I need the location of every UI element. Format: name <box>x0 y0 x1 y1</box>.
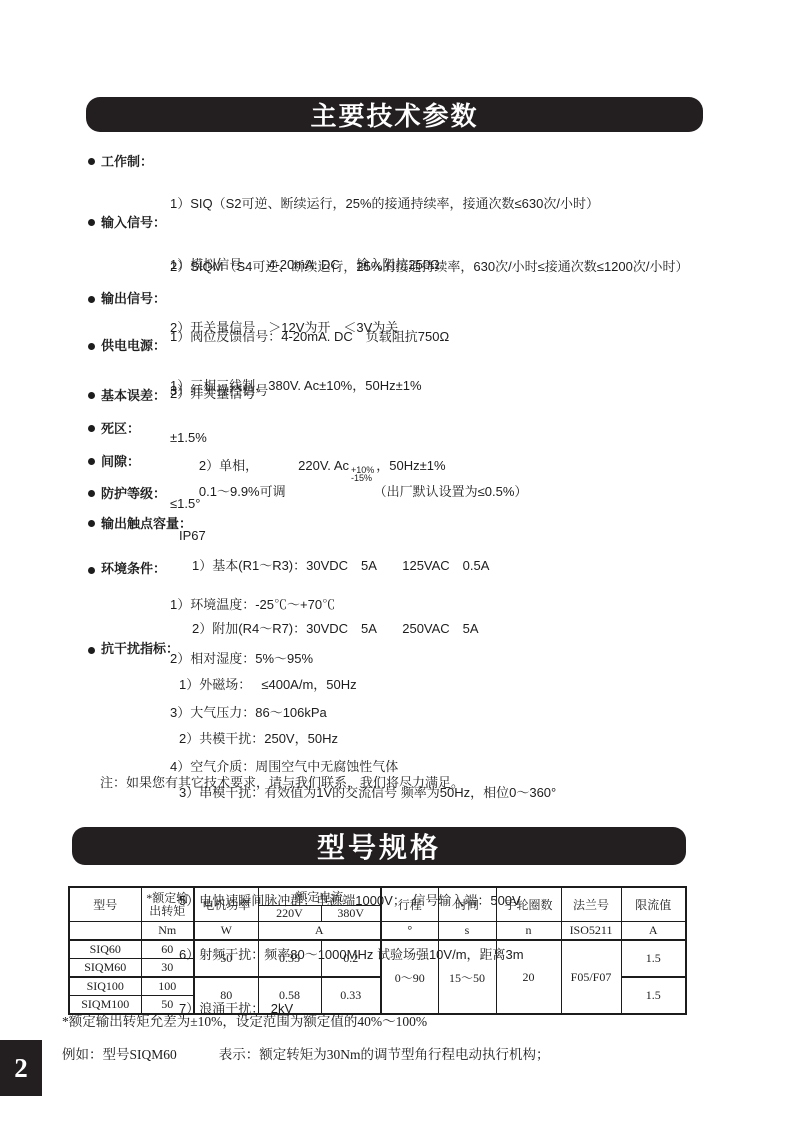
unit-model-empty <box>69 922 141 941</box>
cell-current-380: 0.33 <box>321 977 381 1014</box>
bullet-icon <box>88 567 95 574</box>
example-footnote: 例如：型号SIQM60表示：额定转矩为30Nm的调节型角行程电动执行机构； <box>62 1043 550 1063</box>
col-header-model: 型号 <box>69 887 141 922</box>
spec-line: 1）模拟信号 4-20mA. DC 输入阻抗250Ω <box>170 254 440 275</box>
spec-line: 1）SIQ（S2可逆、断续运行，25%的接通持续率，接通次数≤630次/小时） <box>170 193 688 214</box>
unit-limit: A <box>621 922 686 941</box>
page-number: 2 <box>14 1053 28 1084</box>
spec-line: 2）共模干扰：250V，50Hz <box>179 730 556 748</box>
model-spec-table: 型号 *额定输 出转矩 电机功率 额定电流 行程 时间 手轮圈数 法兰号 限流值… <box>68 886 687 1015</box>
unit-current: A <box>258 922 381 941</box>
col-header-motor-power: 电机功率 <box>194 887 258 922</box>
bullet-icon <box>88 490 95 497</box>
bullet-icon <box>88 392 95 399</box>
cell-handwheel: 20 <box>496 940 561 1014</box>
model-title: 型号规格 <box>317 826 441 866</box>
col-header-current-limit: 限流值 <box>621 887 686 922</box>
document-page: 主要技术参数 工作制： 1）SIQ（S2可逆、断续运行，25%的接通持续率，接通… <box>0 0 794 1123</box>
unit-power: W <box>194 922 258 941</box>
bullet-icon <box>88 158 95 165</box>
cell-torque: 100 <box>141 977 194 996</box>
cell-current-380: 0.2 <box>321 940 381 977</box>
technical-note: 注：如果您有其它技术要求，请与我们联系，我们将尽力满足。 <box>100 772 464 791</box>
unit-torque: Nm <box>141 922 194 941</box>
bullet-icon <box>88 343 95 350</box>
cell-torque: 30 <box>141 959 194 978</box>
page-number-badge: 2 <box>0 1040 42 1096</box>
unit-flange: ISO5211 <box>561 922 621 941</box>
bullet-icon <box>88 647 95 654</box>
cell-time: 15～50 <box>438 940 496 1014</box>
spec-line: 1）外磁场： ≤400A/m，50Hz <box>179 676 556 694</box>
unit-time: s <box>438 922 496 941</box>
example-description: 表示：额定转矩为30Nm的调节型角行程电动执行机构； <box>219 1047 550 1062</box>
col-header-380v: 380V <box>321 906 381 922</box>
unit-travel: ° <box>381 922 438 941</box>
cell-travel: 0～90 <box>381 940 438 1014</box>
cell-limit: 1.5 <box>621 940 686 977</box>
col-header-torque-line2: 出转矩 <box>142 905 194 918</box>
cell-current-220: 0.35 <box>258 940 321 977</box>
col-header-rated-current: 额定电流 <box>258 887 381 906</box>
bullet-icon <box>88 425 95 432</box>
cell-model: SIQ100 <box>69 977 141 996</box>
cell-model: SIQ60 <box>69 940 141 959</box>
col-header-220v: 220V <box>258 906 321 922</box>
col-header-time: 时间 <box>438 887 496 922</box>
col-header-handwheel: 手轮圈数 <box>496 887 561 922</box>
dead-zone-note: （出厂默认设置为≤0.5%） <box>374 484 528 499</box>
spec-line: 1）环境温度：-25℃～+70℃ <box>170 596 398 614</box>
cell-model: SIQM60 <box>69 959 141 978</box>
bullet-icon <box>88 458 95 465</box>
col-header-torque-line1: *额定输 <box>142 892 194 905</box>
dead-zone-value: 0.1～9.9%可调 <box>199 484 286 499</box>
torque-footnote: *额定输出转矩允差为±10%，设定范围为额定值的40%～100% <box>62 1010 427 1030</box>
model-title-banner: 型号规格 <box>72 827 686 865</box>
bullet-icon <box>88 520 95 527</box>
main-title-banner: 主要技术参数 <box>86 97 703 132</box>
col-header-flange: 法兰号 <box>561 887 621 922</box>
cell-power: 50 <box>194 940 258 977</box>
bullet-icon <box>88 296 95 303</box>
unit-handwheel: n <box>496 922 561 941</box>
cell-limit: 1.5 <box>621 977 686 1014</box>
cell-power: 80 <box>194 977 258 1014</box>
col-header-travel: 行程 <box>381 887 438 922</box>
col-header-torque: *额定输 出转矩 <box>141 887 194 922</box>
cell-current-220: 0.58 <box>258 977 321 1014</box>
example-model: 例如：型号SIQM60 <box>62 1047 177 1062</box>
spec-line: 1）三相三线制，380V. Ac±10%，50Hz±1% <box>170 376 446 396</box>
bullet-icon <box>88 219 95 226</box>
main-title: 主要技术参数 <box>310 96 478 133</box>
cell-flange: F05/F07 <box>561 940 621 1014</box>
cell-torque: 60 <box>141 940 194 959</box>
